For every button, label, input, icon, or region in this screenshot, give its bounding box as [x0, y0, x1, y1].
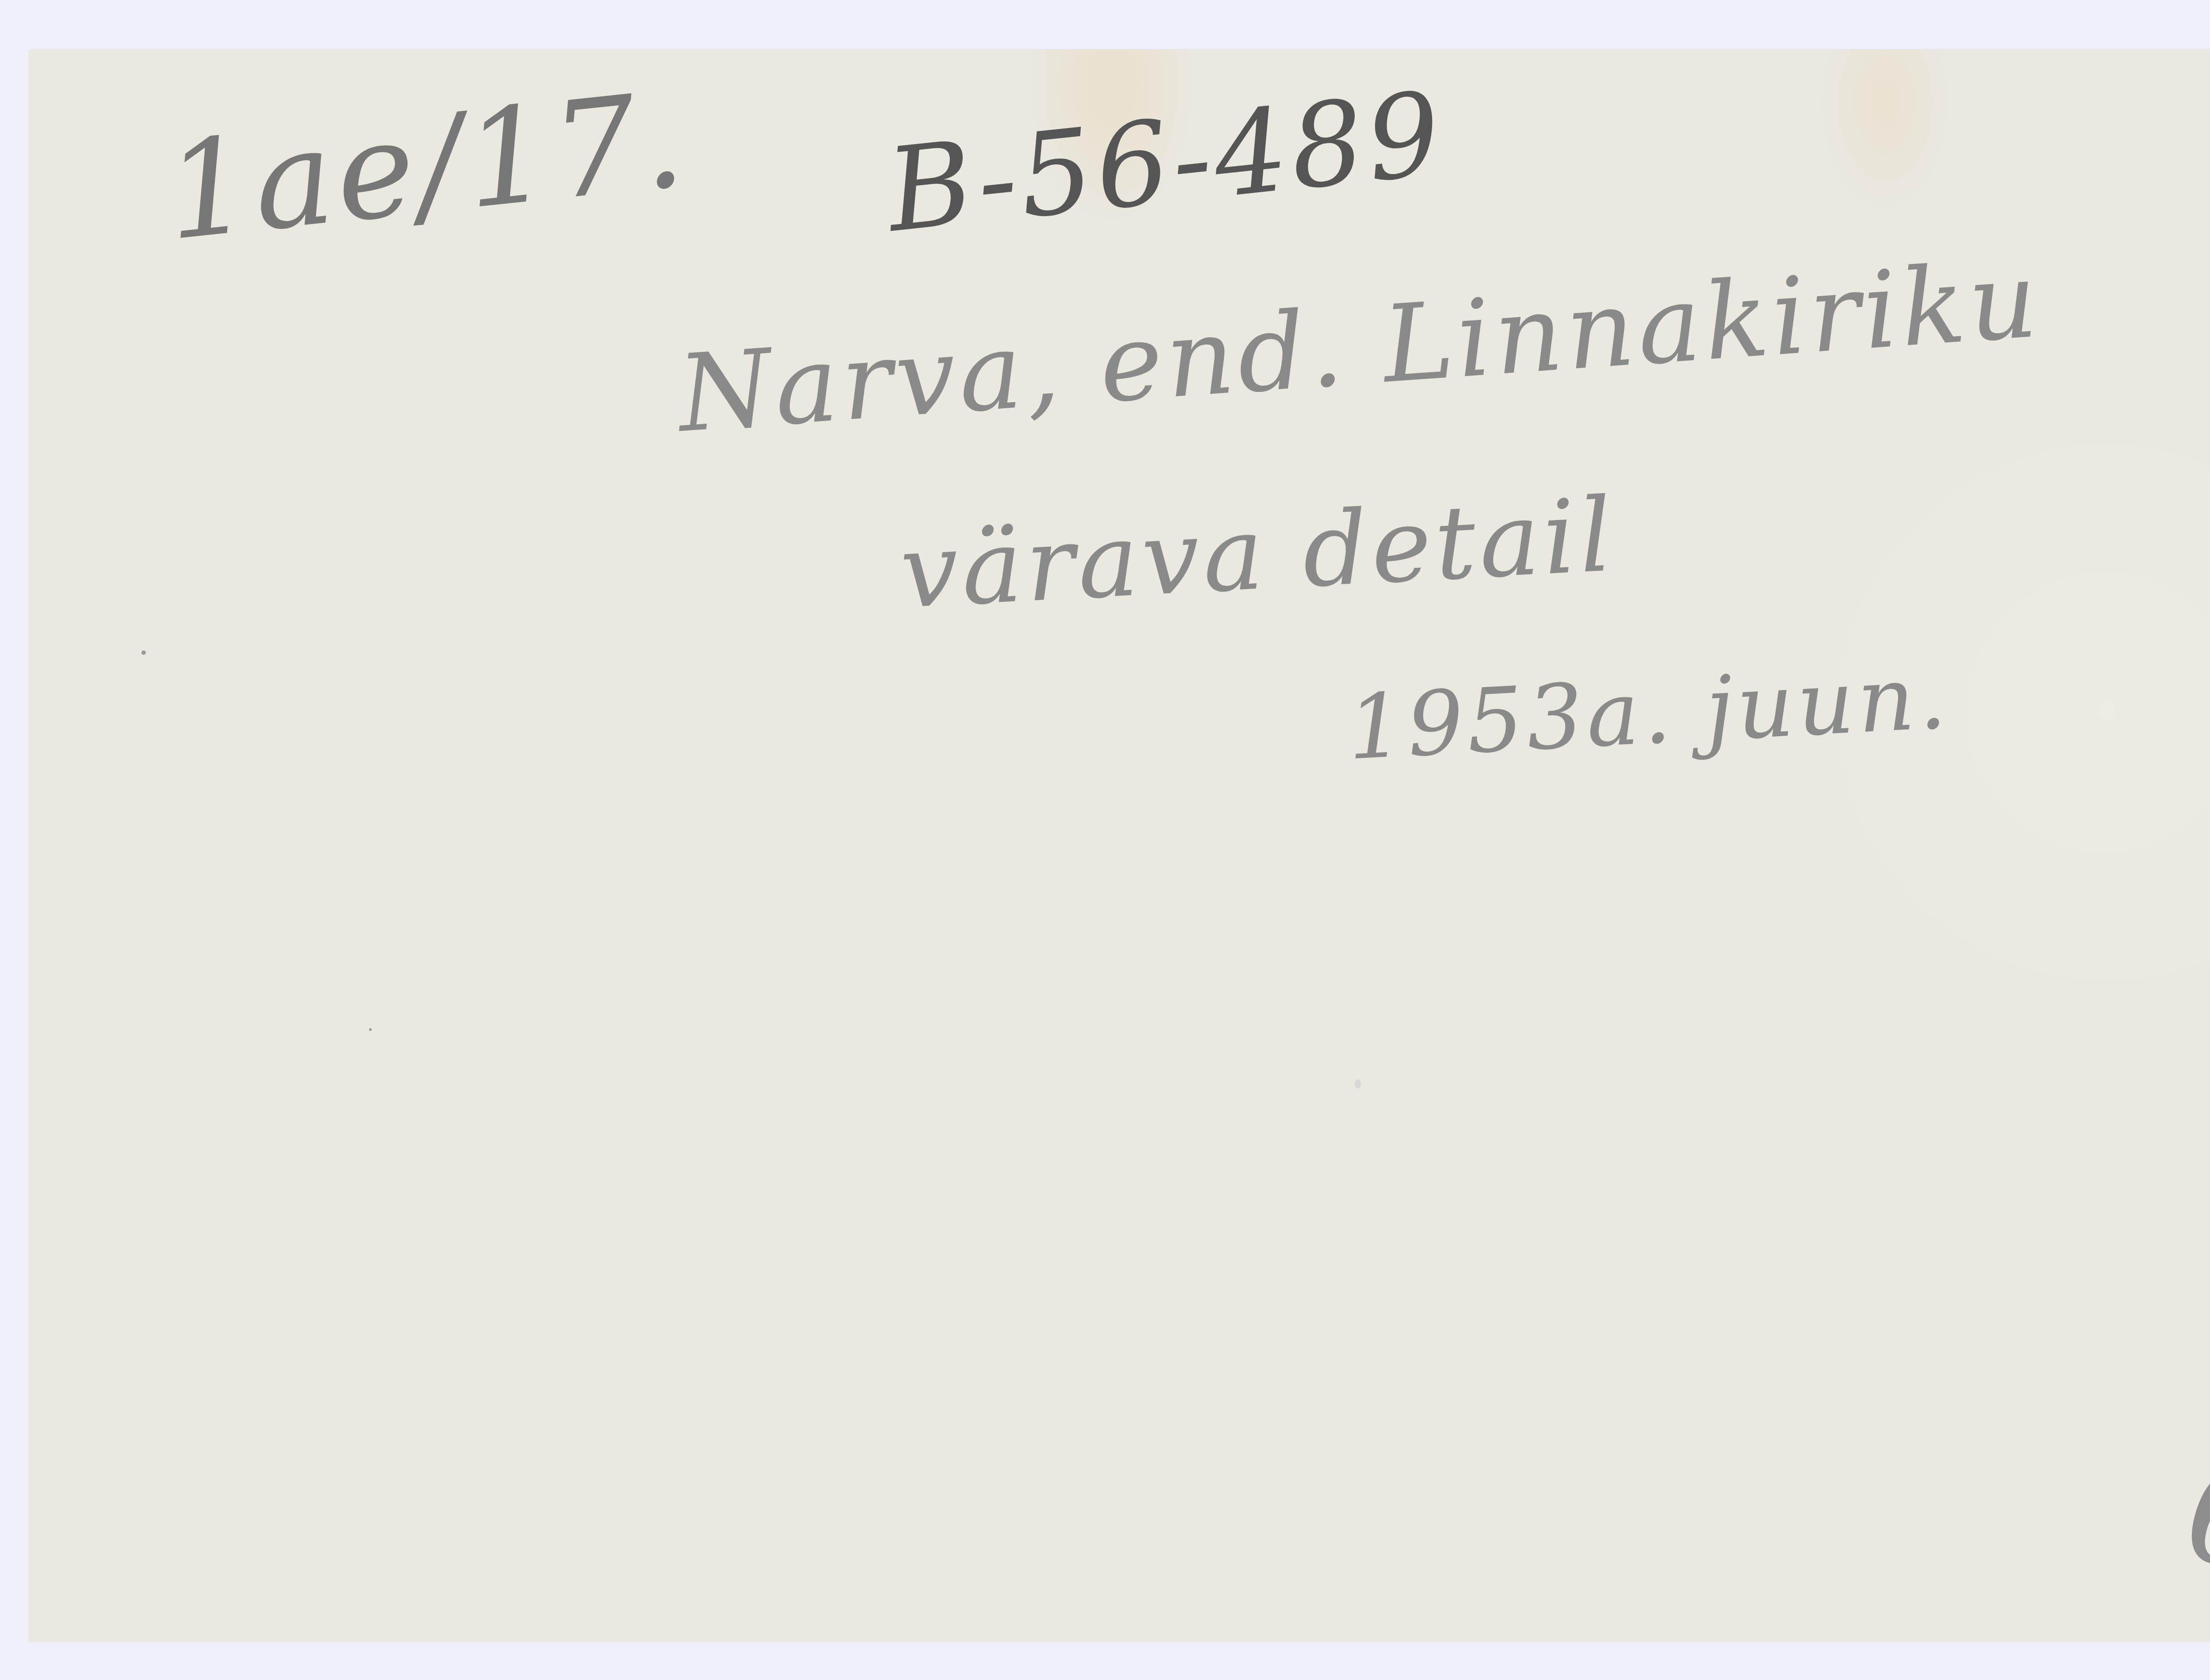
archive-reference-note: 1ae/17.: [159, 62, 694, 270]
caption-line-1: Narva, end. Linnakiriku: [674, 237, 2044, 456]
paper-speck: [1355, 1079, 1361, 1089]
paper-speck: [141, 650, 146, 655]
caption-line-2: värava detail: [898, 476, 1618, 631]
photo-card-back: 1ae/17. B-56-489 Narva, end. Linnakiriku…: [29, 49, 2210, 1642]
date-note: 1953a. juun.: [1345, 646, 1952, 780]
item-number-note: 623: [2181, 1437, 2210, 1610]
catalog-code-note: B-56-489: [881, 67, 1450, 258]
paper-speck: [369, 1028, 372, 1031]
